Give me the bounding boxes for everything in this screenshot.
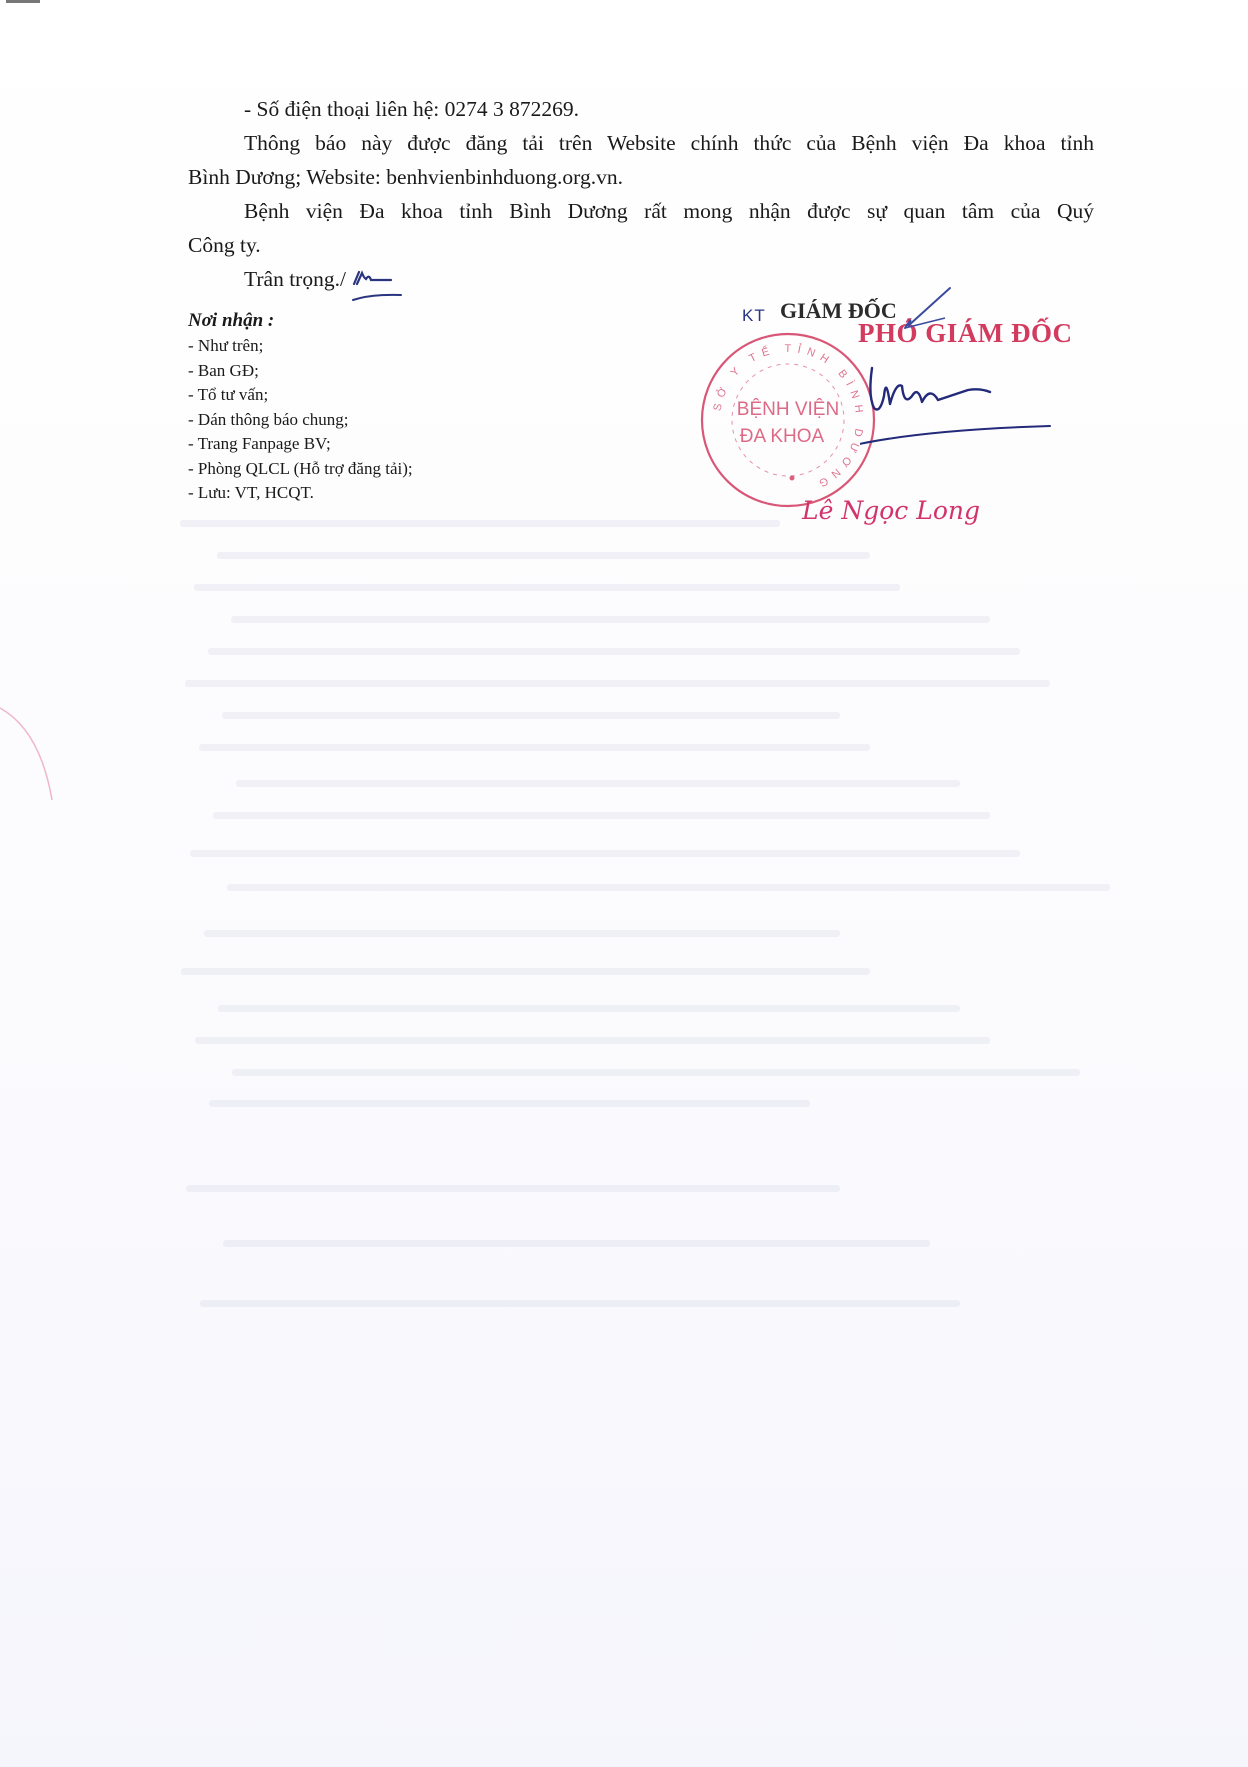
regards-text: Trân trọng./ (244, 267, 346, 291)
stamp-line-1: BỆNH VIỆN (737, 398, 839, 420)
closing-paragraph-line-2: Công ty. (188, 228, 1094, 262)
official-stamp-icon: SỞ Y TẾ TỈNH BÌNH DƯƠNG BỆNH VIỆN ĐA KHO… (698, 330, 878, 510)
recipients-block: Nơi nhận : - Như trên; - Ban GĐ; - Tổ tư… (188, 308, 413, 506)
initial-handwriting-mark (351, 270, 411, 305)
partial-edge-stamp-icon (0, 700, 60, 820)
website-paragraph-line-2: Bình Dương; Website: benhvienbinhduong.o… (188, 160, 1094, 194)
stamp-line-2: ĐA KHOA (740, 426, 825, 447)
document-body: - Số điện thoại liên hệ: 0274 3 872269. … (188, 92, 1094, 296)
recipient-item: - Dán thông báo chung; (188, 408, 413, 433)
pen-tick-mark (900, 284, 960, 334)
kt-prefix: KT (742, 306, 766, 326)
signer-name: Lê Ngọc Long (802, 496, 980, 525)
recipient-item: - Tổ tư vấn; (188, 383, 413, 408)
closing-paragraph-line-1: Bệnh viện Đa khoa tỉnh Bình Dương rất mo… (188, 194, 1094, 228)
signature-block: SỞ Y TẾ TỈNH BÌNH DƯƠNG BỆNH VIỆN ĐA KHO… (690, 296, 1110, 556)
recipient-item: - Trang Fanpage BV; (188, 432, 413, 457)
recipient-item: - Phòng QLCL (Hỗ trợ đăng tải); (188, 457, 413, 482)
recipient-item: - Ban GĐ; (188, 359, 413, 384)
website-paragraph-line-1: Thông báo này được đăng tải trên Website… (188, 126, 1094, 160)
deputy-title: PHÓ GIÁM ĐỐC (858, 318, 1073, 349)
recipient-item: - Như trên; (188, 334, 413, 359)
recipients-title: Nơi nhận : (188, 308, 413, 334)
scan-corner-mark (6, 0, 40, 3)
handwritten-signature (860, 356, 1060, 446)
contact-phone-line: - Số điện thoại liên hệ: 0274 3 872269. (188, 92, 1094, 126)
recipient-item: - Lưu: VT, HCQT. (188, 481, 413, 506)
